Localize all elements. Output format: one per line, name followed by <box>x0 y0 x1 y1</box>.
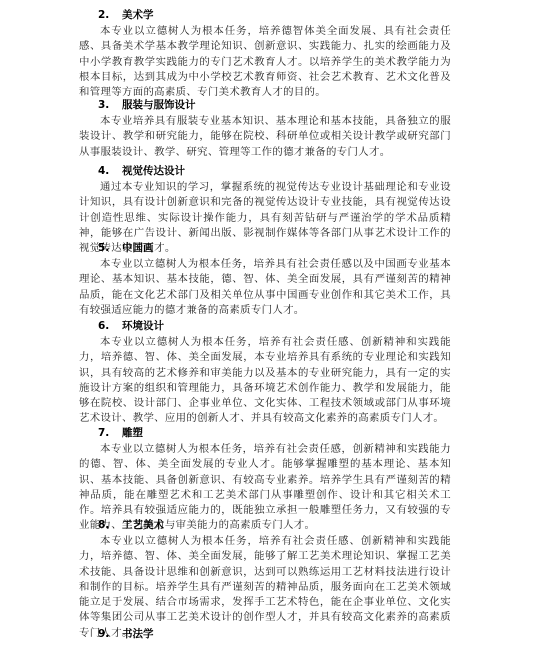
section-heading-visual-communication: 4.视觉传达设计 <box>98 164 185 178</box>
section-number: 2. <box>98 8 122 22</box>
section-heading-calligraphy: 9.书法学 <box>98 627 154 641</box>
section-title: 工艺美术 <box>122 519 164 531</box>
section-title: 雕塑 <box>122 427 143 439</box>
section-number: 6. <box>98 319 122 333</box>
section-title: 中国画 <box>122 242 154 254</box>
section-title: 服装与服饰设计 <box>122 99 196 111</box>
section-heading-fine-arts: 2.美术学 <box>98 8 154 22</box>
section-heading-arts-and-crafts: 8.工艺美术 <box>98 518 164 532</box>
section-body-arts-and-crafts: 本专业以立德树人为根本任务，培养有社会责任感、创新精神和实践能力，培养德、智、体… <box>79 534 451 641</box>
section-body-fine-arts: 本专业以立德树人为根本任务，培养德智体美全面发展、具有社会责任感、具备美术学基本… <box>79 24 451 100</box>
section-title: 书法学 <box>122 628 154 640</box>
section-number: 5. <box>98 241 122 255</box>
section-heading-fashion-design: 3.服装与服饰设计 <box>98 98 196 112</box>
section-heading-environmental-design: 6.环境设计 <box>98 319 164 333</box>
section-number: 9. <box>98 627 122 641</box>
section-body-chinese-painting: 本专业以立德树人为根本任务，培养具有社会责任感以及中国画专业基本理论、基本知识、… <box>79 257 451 318</box>
section-body-fashion-design: 本专业培养具有服装专业基本知识、基本理论和基本技能，具备独立的服装设计、教学和研… <box>79 114 451 160</box>
section-number: 4. <box>98 164 122 178</box>
section-heading-chinese-painting: 5.中国画 <box>98 241 154 255</box>
section-number: 7. <box>98 426 122 440</box>
section-title: 环境设计 <box>122 320 164 332</box>
section-heading-sculpture: 7.雕塑 <box>98 426 143 440</box>
section-number: 3. <box>98 98 122 112</box>
section-number: 8. <box>98 518 122 532</box>
section-title: 美术学 <box>122 9 154 21</box>
section-body-environmental-design: 本专业以立德树人为根本任务，培养有社会责任感、创新精神和实践能力，培养德、智、体… <box>79 335 451 427</box>
section-title: 视觉传达设计 <box>122 165 185 177</box>
